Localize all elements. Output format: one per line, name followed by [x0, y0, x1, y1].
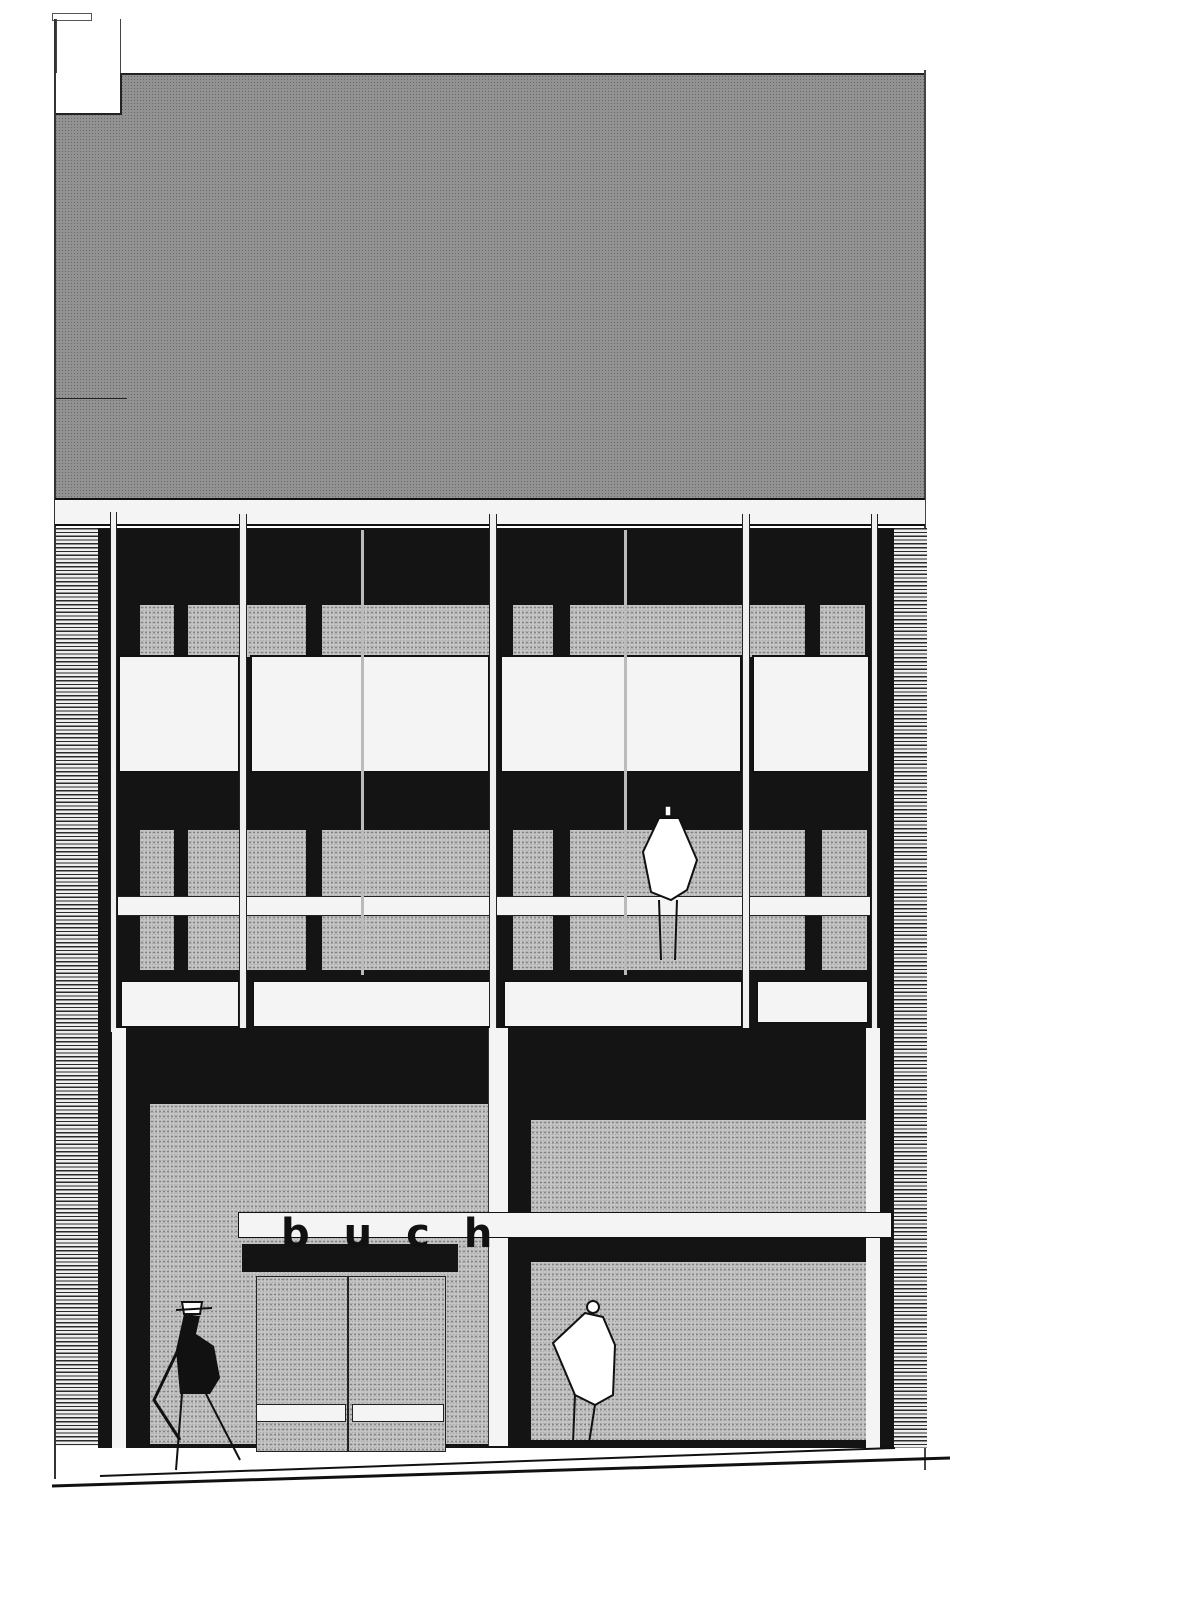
figure-standing-street-icon	[545, 1295, 625, 1445]
figure-on-balcony-icon	[635, 800, 705, 970]
figure-with-hat-icon	[140, 1290, 260, 1480]
